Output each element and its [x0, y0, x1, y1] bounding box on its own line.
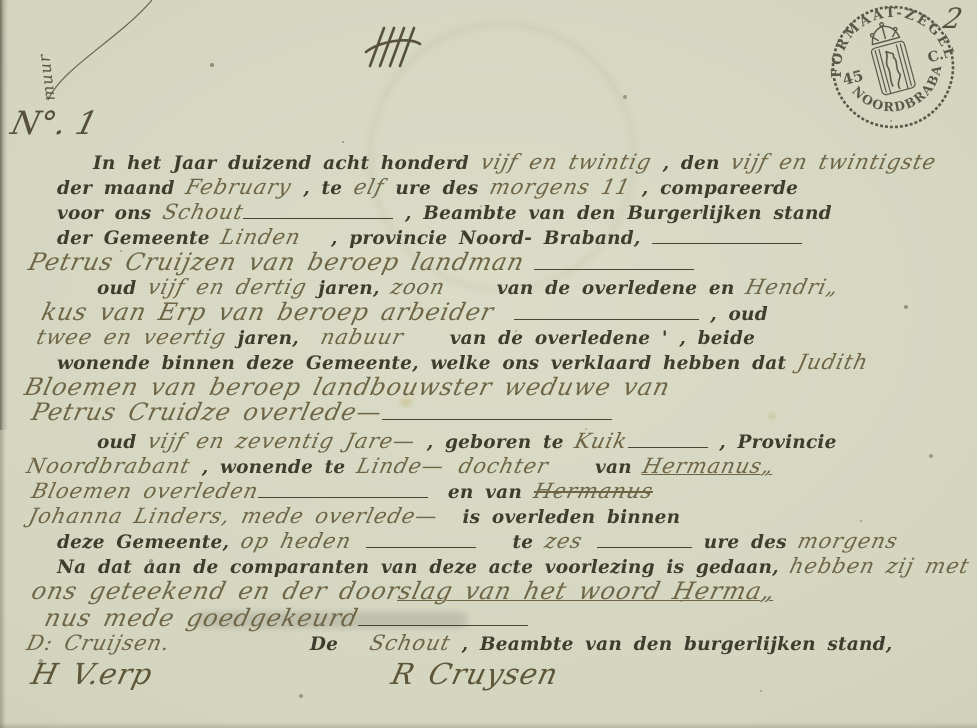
stamp-shield-icon [871, 40, 916, 95]
printed-text: In het Jaar duizend acht honderd [93, 153, 481, 174]
handwritten-text: ons geteekend en der door [29, 579, 402, 604]
spacer [350, 649, 370, 650]
spacer [494, 319, 514, 320]
act-line: Na dat aan de comparanten van deze acte … [57, 554, 962, 579]
handwritten-text: Petrus Cruidze overlede— [29, 400, 385, 425]
blank-rule [258, 483, 428, 498]
printed-text: wonende binnen deze Gemeente, welke ons … [57, 353, 798, 374]
act-line: ons geteekend en der doorslag van het wo… [32, 579, 962, 604]
handwritten-text: H V.erp [29, 662, 155, 687]
spacer [351, 547, 366, 548]
spacer [582, 547, 597, 548]
spacer [301, 243, 331, 244]
handwritten-text: morgens [795, 529, 901, 554]
act-line: der maand February , te elf ure des morg… [57, 175, 962, 200]
act-line: Johanna Linders, mede overlede— is overl… [29, 504, 962, 529]
blank-rule [243, 204, 393, 219]
handwritten-text: Bloemen overleden [29, 479, 261, 504]
handwritten-text: vijf en dertig [145, 275, 309, 300]
spacer [445, 293, 485, 294]
handwritten-text: Hermanus„ [641, 454, 778, 479]
act-line: nus mede goedgekeurd [45, 606, 962, 631]
handwritten-text: op heden [238, 529, 354, 554]
spacer [152, 683, 392, 684]
spacer [548, 472, 583, 473]
handwritten-text: Schout [367, 631, 453, 656]
stray-pen-line [0, 0, 200, 110]
handwritten-text: vijf en twintigste [728, 150, 939, 175]
blank-rule [382, 405, 612, 420]
blank-rule [628, 433, 708, 448]
printed-text: , compareerde [630, 178, 798, 199]
handwritten-text: Kuik [573, 429, 631, 454]
printed-text: ure des [692, 532, 798, 553]
printed-text: jaren, [226, 328, 311, 349]
act-line: voor ons Schout , Beambte van den Burger… [57, 200, 962, 225]
handwritten-text: zes [542, 529, 585, 554]
blank-rule [597, 533, 692, 548]
handwritten-text: kus van Erp van beroep arbeider [39, 300, 496, 325]
printed-text: Na dat aan de comparanten van deze acte … [57, 557, 790, 578]
act-line: H V.erpR Cruysen [32, 662, 962, 687]
handwritten-text: vijf en twintig [478, 150, 654, 175]
handwritten-text: Linden [219, 225, 304, 250]
scan-edge-shadow [0, 430, 6, 728]
printed-text: jaren, [307, 278, 392, 299]
printed-text: De [310, 634, 350, 655]
printed-text: ure des [384, 178, 490, 199]
printed-text: der maand [57, 178, 186, 199]
spacer [476, 547, 501, 548]
death-certificate-scan: { "margin": { "vertical_note": "muur", "… [0, 0, 977, 728]
spacer [403, 343, 438, 344]
printed-text: voor ons [57, 203, 163, 224]
printed-text: is overleden binnen [462, 507, 680, 528]
spacer [524, 269, 534, 270]
handwritten-text: Schout [160, 200, 246, 225]
blank-rule [358, 611, 528, 626]
printed-text: deze Gemeente, [57, 532, 241, 553]
printed-text: en van [436, 482, 533, 503]
printed-text: , provincie Noord- Braband, [331, 228, 652, 249]
printed-text: , Beambte van den burgerlijken stand, [450, 634, 892, 655]
act-line: twee en veertig jaren, nabuur van de ove… [37, 325, 962, 350]
blank-rule [652, 229, 802, 244]
printed-text: van de overledene en [485, 278, 746, 299]
printed-text: van [583, 457, 643, 478]
act-line: der Gemeente Linden, provincie Noord- Br… [57, 225, 962, 250]
handwritten-text: zoon [388, 275, 448, 300]
act-body: In het Jaar duizend acht honderd vijf en… [57, 150, 962, 687]
act-line: kus van Erp van beroep arbeider , oud [42, 300, 962, 325]
handwritten-text: D: Cruijsen. [24, 631, 173, 656]
printed-text: der Gemeente [57, 228, 221, 249]
act-number: N°. 1 [7, 104, 101, 142]
handwritten-text: Bloemen van beroep landbouwster weduwe v… [22, 375, 673, 400]
handwritten-text: nus mede goedgekeurd [42, 606, 361, 631]
printed-text: , wonende te [190, 457, 357, 478]
printed-text: , oud [699, 304, 768, 325]
act-line: In het Jaar duizend acht honderd vijf en… [93, 150, 962, 175]
blank-rule [366, 533, 476, 548]
act-line: D: Cruijsen. De Schout , Beambte van den… [27, 631, 962, 656]
act-line: deze Gemeente, op heden te zes ure des m… [57, 529, 962, 554]
act-line: Petrus Cruijzen van beroep landman [29, 250, 962, 275]
handwritten-text: R Cruysen [389, 662, 561, 687]
handwritten-text: Linde— [354, 454, 447, 479]
act-line: oud vijf en zeventig Jare— , geboren te … [97, 429, 962, 454]
handwritten-text: vijf en zeventig Jare— [145, 429, 418, 454]
act-line: wonende binnen deze Gemeente, welke ons … [57, 350, 962, 375]
handwritten-text: morgens 11 [487, 175, 633, 200]
handwritten-text: Johanna Linders, mede overlede— [26, 504, 440, 529]
scan-edge-shadow [0, 722, 977, 728]
handwritten-text: elf [351, 175, 387, 200]
handwritten-text: hebben zij met [787, 554, 972, 579]
printed-text: oud [97, 278, 148, 299]
handwritten-text: Petrus Cruijzen van beroep landman [26, 250, 527, 275]
printed-text: , Beambte van den Burgerlijken stand [393, 203, 831, 224]
handwritten-text: February [183, 175, 294, 200]
handwritten-text: Noordbrabant [24, 454, 193, 479]
revenue-stamp: FORMAAT-ZEGEL NOORDBRABAND 45 C. [826, 0, 960, 134]
printed-text: oud [97, 432, 148, 453]
printed-text: , te [292, 178, 354, 199]
handwritten-text: Judith [795, 350, 871, 375]
handwritten-text: nabuur [318, 325, 406, 350]
act-line: Noordbrabant , wonende te Linde—dochter … [27, 454, 962, 479]
printed-text: , Provincie [708, 432, 837, 453]
handwritten-text: twee en veertig [34, 325, 229, 350]
spacer [437, 522, 462, 523]
act-line: Bloemen overleden en van Hermanus [32, 479, 962, 504]
paraph-scribble-icon [358, 22, 428, 72]
handwritten-text: Hendri„ [743, 275, 841, 300]
printed-text: van de overledene ' , beide [438, 328, 755, 349]
blank-rule [514, 305, 699, 320]
spacer [170, 649, 310, 650]
act-line: Petrus Cruidze overlede— [32, 400, 962, 425]
printed-text: , geboren te [415, 432, 575, 453]
handwritten-text: dochter [456, 454, 551, 479]
blank-rule [534, 255, 694, 270]
printed-text: , den [651, 153, 731, 174]
act-line: Bloemen van beroep landbouwster weduwe v… [25, 375, 962, 400]
handwritten-text: slag van het woord Herma„ [396, 579, 778, 604]
handwritten-text: Hermanus [531, 479, 656, 504]
printed-text: te [501, 532, 545, 553]
act-line: oud vijf en dertig jaren, zoon van de ov… [97, 275, 962, 300]
